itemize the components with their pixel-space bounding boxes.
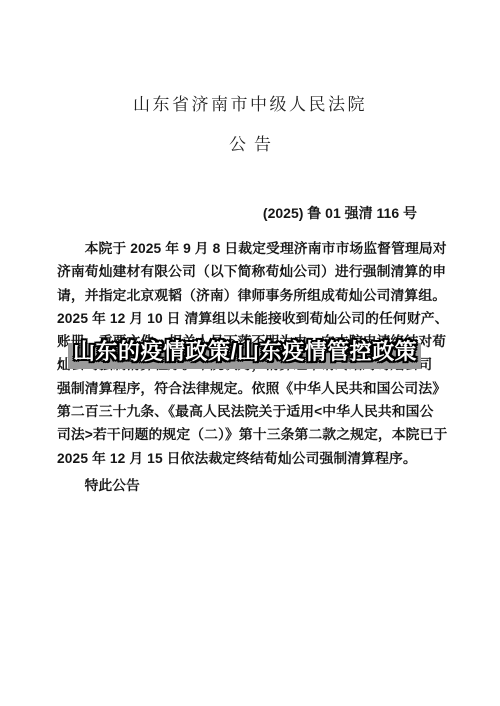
- court-name-title: 山东省济南市中级人民法院: [57, 0, 443, 116]
- body-line: 2025 年 12 月 15 日依法裁定终结荀灿公司强制清算程序。: [57, 447, 443, 470]
- case-number: (2025) 鲁 01 强清 116 号: [57, 204, 443, 222]
- body-line: 2025 年 12 月 10 日 清算组以未能接收到荀灿公司的任何财产、: [57, 307, 443, 330]
- body-line: 请，并指定北京观韬（济南）律师事务所组成荀灿公司清算组。: [57, 284, 443, 307]
- body-line: 第二百三十九条、《最高人民法院关于适用<中华人民共和国公: [57, 400, 443, 423]
- body-line: 强制清算程序，符合法律规定。依照《中华人民共和国公司法》: [57, 377, 443, 400]
- watermark-title: 山东的疫情政策/山东疫情管控政策: [73, 335, 417, 366]
- announcement-page: 山东省济南市中级人民法院 公告 (2025) 鲁 01 强清 116 号 本院于…: [0, 0, 500, 706]
- body-line: 司法>若干问题的规定（二）》第十三条第二款之规定，本院已于: [57, 423, 443, 446]
- announcement-document: 山东省济南市中级人民法院 公告 (2025) 鲁 01 强清 116 号 本院于…: [57, 0, 443, 497]
- body-line: 本院于 2025 年 9 月 8 日裁定受理济南市市场监督管理局对: [57, 237, 443, 260]
- body-line: 济南荀灿建材有限公司（以下简称荀灿公司）进行强制清算的申: [57, 260, 443, 283]
- closing-phrase: 特此公告: [57, 474, 443, 497]
- document-type-title: 公告: [57, 134, 443, 156]
